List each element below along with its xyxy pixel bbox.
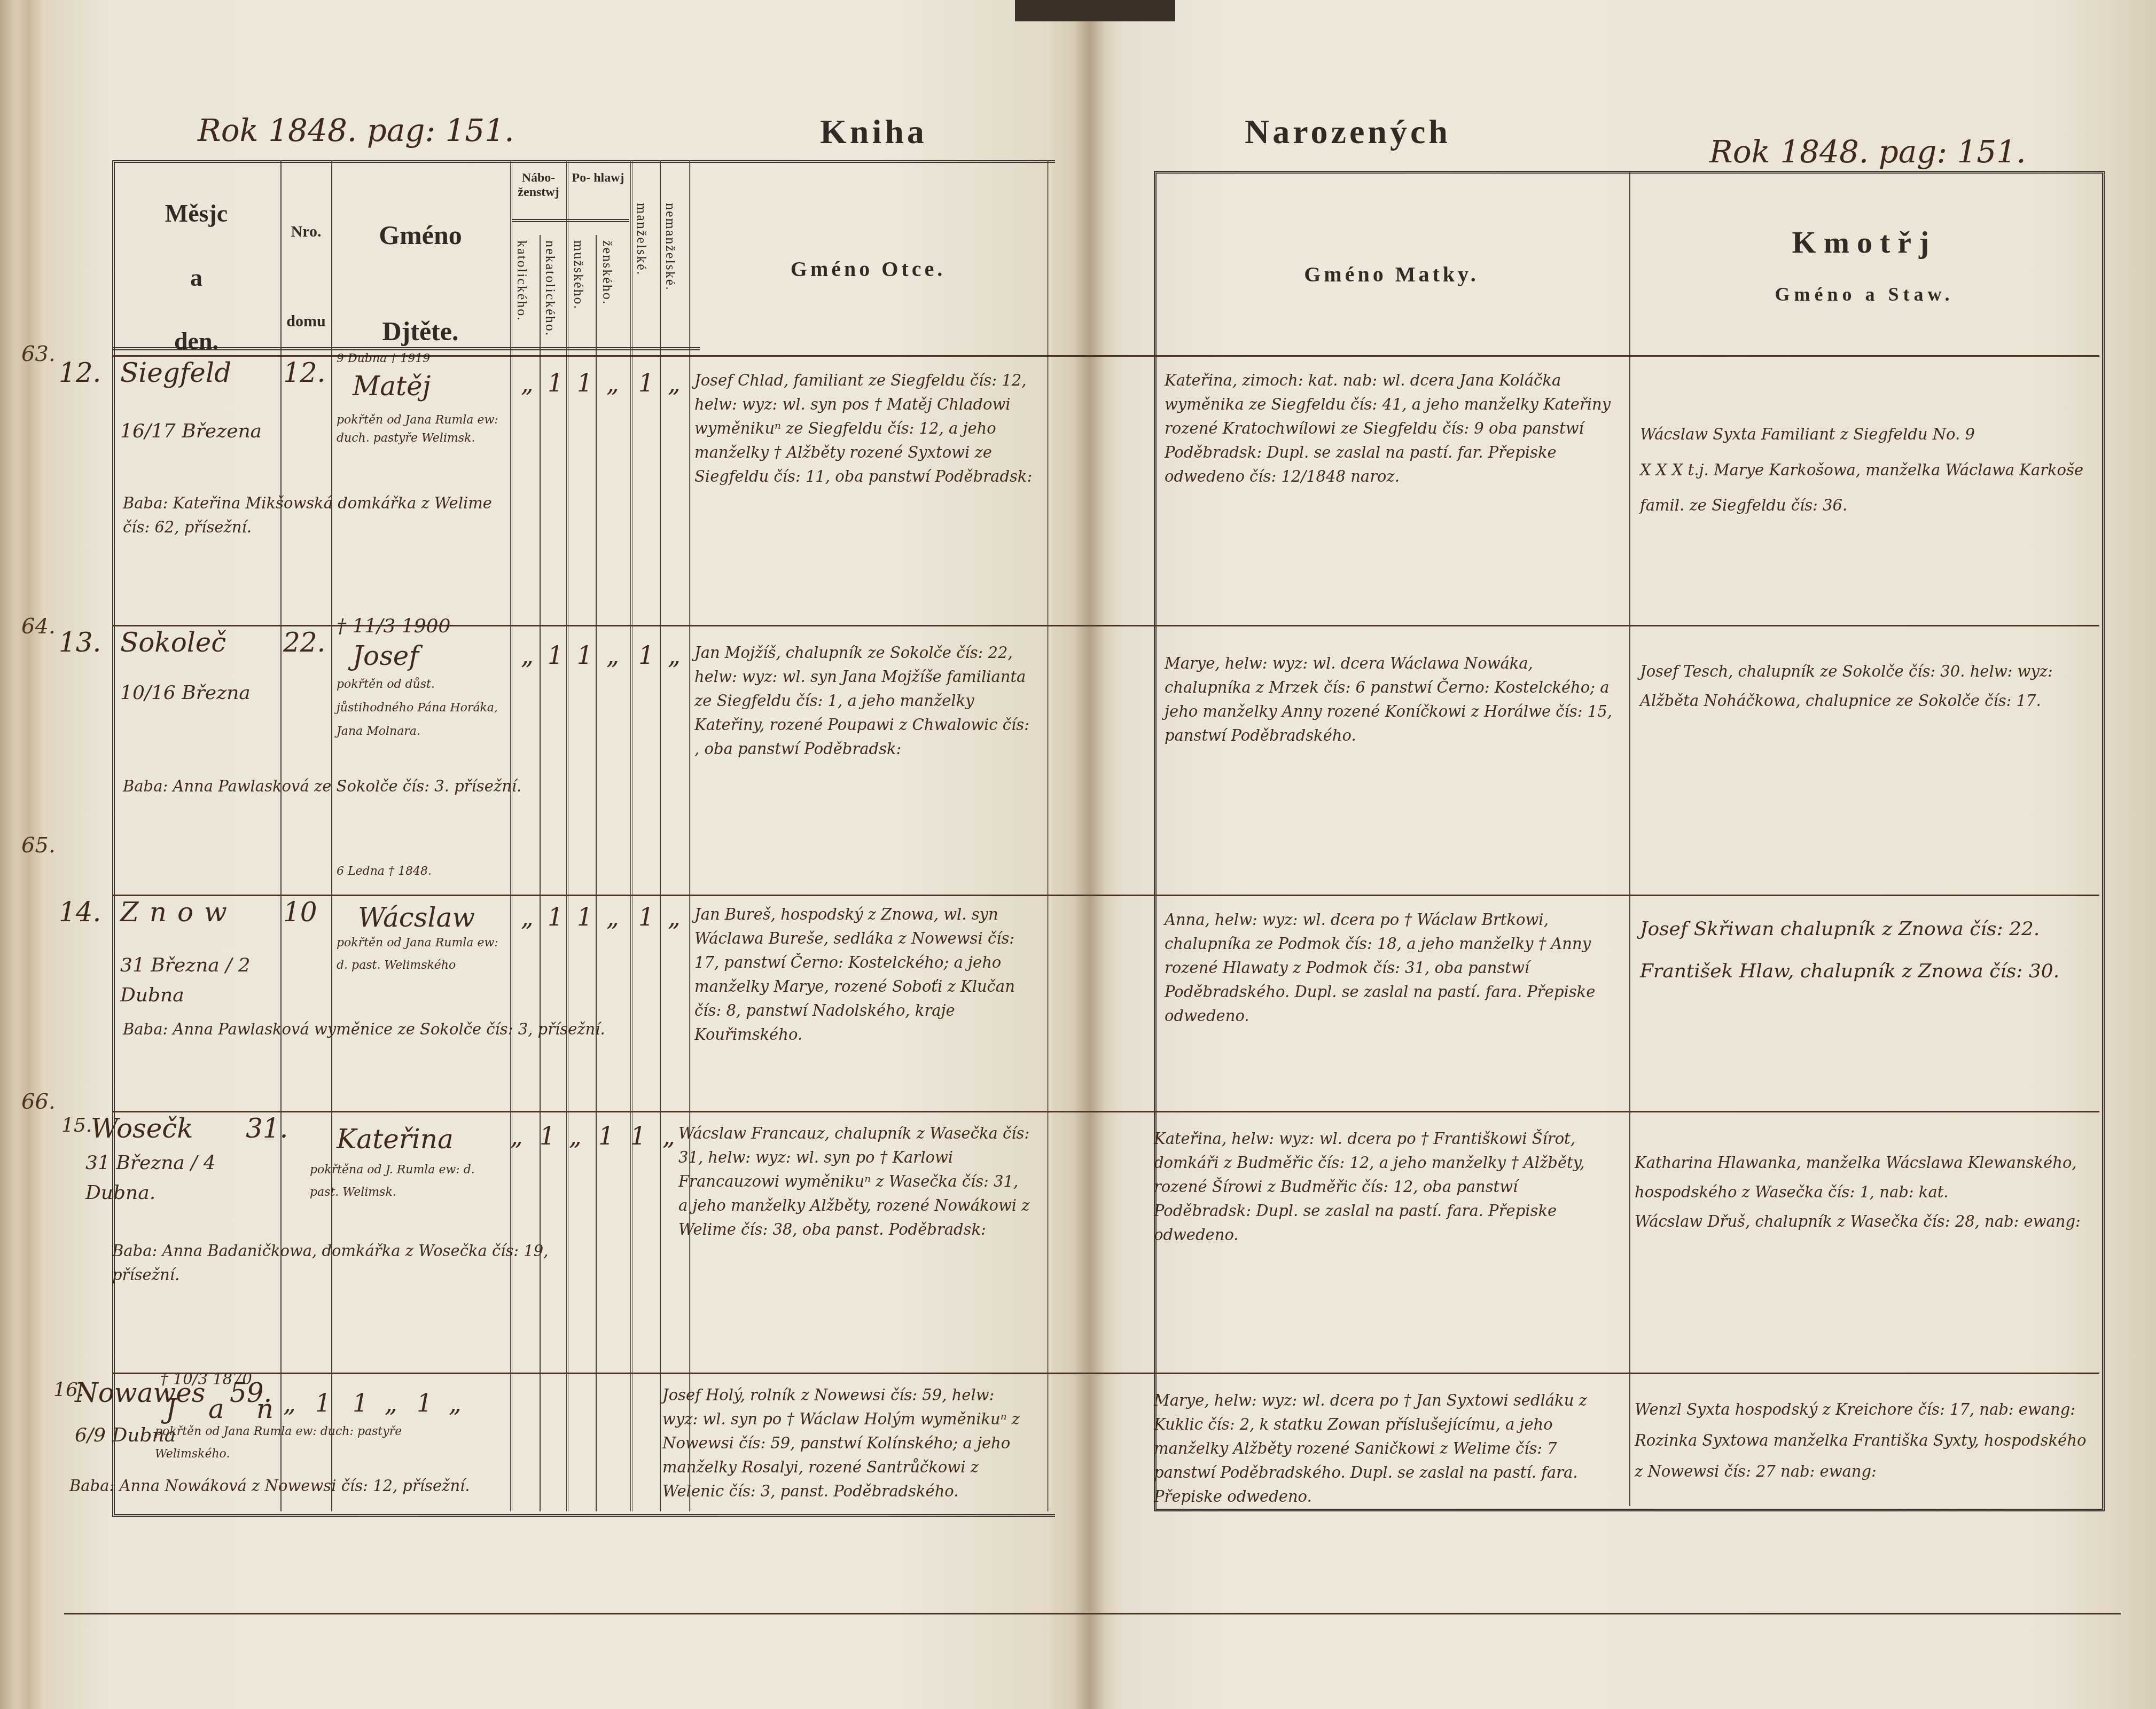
header-illegitimate: nemanželské. — [662, 203, 678, 342]
mark-catholic: „ — [521, 641, 534, 670]
col-sep-mother — [1629, 171, 1630, 1506]
entry-midwife: Baba: Kateřina Mikšowská domkářka z Weli… — [123, 491, 518, 539]
mark-legitimate: 1 — [638, 641, 654, 670]
entry-mother: Marye, helw: wyz: wl. dcera po † Jan Syx… — [1154, 1389, 1613, 1509]
mark-illegitimate: „ — [668, 641, 681, 670]
row-rule-15 — [112, 1111, 2099, 1112]
mark-female: „ — [385, 1389, 397, 1417]
entry-number: 12. — [59, 352, 101, 394]
entry-baptism-note: pokřtěna od J. Rumla ew: d. past. Welims… — [310, 1159, 491, 1204]
entry-father: Josef Chlad, familiant ze Siegfeldu čís:… — [694, 369, 1036, 489]
entry-midwife: Baba: Anna Badaničkowa, domkářka z Woseč… — [112, 1239, 593, 1287]
margin-number: 64. — [21, 614, 56, 639]
header-father-name: Gméno Otce. — [694, 256, 1042, 281]
bottom-rule — [64, 1613, 2121, 1614]
entry-baptism-note: pokřtěn od Jana Rumla ew: duch. pastyře … — [337, 411, 507, 448]
mark-illegitimate: „ — [662, 1122, 675, 1150]
header-house-no: Nro. domu — [282, 187, 331, 366]
entry-baptism-note: pokřtěn od Jana Rumla ew: d. past. Welim… — [337, 932, 507, 977]
mark-female: 1 — [598, 1122, 614, 1150]
header-male: mužského. — [571, 240, 587, 347]
entry-house-no: 12. — [283, 352, 326, 394]
entry-baptism-note: pokřtěn od Jana Rumla ew: duch: pastyře … — [155, 1421, 422, 1465]
page-reference-left: Rok 1848. pag: 151. — [198, 112, 514, 148]
entry-number: 15. — [61, 1111, 92, 1141]
mark-legitimate: 1 — [630, 1122, 646, 1150]
row-rule-16 — [112, 1373, 2099, 1374]
entry-father: Wácslaw Francauz, chalupník z Wasečka čí… — [678, 1122, 1031, 1242]
mark-noncatholic: 1 — [548, 641, 563, 670]
entry-child-name: Josef — [353, 636, 419, 677]
header-month: Měsjc — [115, 182, 278, 246]
entry-place: Znow — [120, 892, 238, 934]
entry-mother: Marye, helw: wyz: wl. dcera Wáclawa Nowá… — [1165, 652, 1619, 748]
header-religion: Nábo- ženstwj — [512, 171, 565, 200]
mark-illegitimate: „ — [668, 903, 681, 931]
entry-godparents: Wenzl Syxta hospodský z Kreichore čís: 1… — [1635, 1394, 2094, 1487]
entry-baptism-note: pokřtěn od důst. jůstihodného Pána Horák… — [337, 673, 507, 743]
col-sep-cat — [540, 235, 541, 1511]
entry-date: 31 Března / 2 Dubna — [120, 951, 270, 1010]
book-gutter — [1074, 0, 1106, 1709]
entry-house-no: 31. — [246, 1108, 288, 1150]
entry-midwife: Baba: Anna Pawlasková wyměnice ze Sokolč… — [123, 1017, 625, 1041]
mark-legitimate: 1 — [417, 1389, 432, 1417]
header-godparents: Kmotřj — [1635, 224, 2094, 260]
mark-legitimate: 1 — [638, 903, 654, 931]
mark-male: 1 — [577, 903, 592, 931]
entry-midwife: Baba: Anna Pawlasková ze Sokolče čís: 3.… — [123, 774, 604, 798]
mark-female: „ — [606, 369, 619, 397]
mark-legitimate: 1 — [638, 369, 654, 397]
title-left: Kniha — [820, 112, 927, 152]
entry-child-name: Kateřina — [337, 1119, 454, 1161]
mark-noncatholic: 1 — [540, 1122, 555, 1150]
entry-father: Jan Mojžíš, chalupník ze Sokolče čís: 22… — [694, 641, 1036, 761]
header-gmeno: Gméno — [332, 187, 509, 283]
mark-illegitimate: „ — [449, 1389, 462, 1417]
col-sep-legit — [660, 160, 661, 1511]
header-nro: Nro. — [282, 187, 331, 277]
entry-house-no: 22. — [283, 622, 326, 664]
entry-mother: Kateřina, zimoch: kat. nab: wl. dcera Ja… — [1165, 369, 1619, 489]
col-sep-child — [510, 160, 512, 1511]
header-sex: Po- hlawj — [567, 171, 629, 185]
entry-date: 16/17 Březena — [120, 417, 262, 446]
religion-sex-rule — [512, 219, 629, 222]
margin-number: 66. — [21, 1089, 56, 1114]
header-and: a — [115, 246, 278, 310]
mark-female: „ — [606, 641, 619, 670]
mark-catholic: „ — [521, 903, 534, 931]
mark-catholic: „ — [521, 369, 534, 397]
mark-male: 1 — [577, 641, 592, 670]
mark-male: „ — [569, 1122, 582, 1150]
header-godparents-sub: Gméno a Staw. — [1635, 283, 2094, 305]
binding-shadow — [1015, 0, 1175, 21]
header-female: ženského. — [599, 240, 615, 347]
mark-noncatholic: 1 — [315, 1389, 331, 1417]
mark-male: 1 — [353, 1389, 368, 1417]
margin-number: 63. — [21, 342, 56, 366]
entry-mother: Anna, helw: wyz: wl. dcera po † Wáclaw B… — [1165, 908, 1619, 1028]
header-legitimate: manželské. — [634, 203, 650, 342]
entry-death-note: 9 Dubna † 1919 — [337, 350, 430, 368]
col-sep-male — [596, 235, 597, 1511]
entry-number: 14. — [59, 892, 101, 934]
entry-date: 10/16 Března — [120, 678, 251, 708]
entry-midwife: Baba: Anna Nowáková z Nowewsi čís: 12, p… — [69, 1474, 550, 1498]
entry-place: Sokoleč — [120, 622, 226, 664]
entry-father: Jan Bureš, hospodský z Znowa, wl. syn Wá… — [694, 903, 1036, 1047]
header-catholic: katolického. — [514, 240, 530, 347]
entry-godparents: Josef Tesch, chalupník ze Sokolče čís: 3… — [1640, 657, 2094, 716]
row-rule-14 — [112, 895, 2099, 896]
margin-number: 65. — [21, 833, 56, 858]
left-table-right-border — [1047, 160, 1049, 1511]
mark-illegitimate: „ — [668, 369, 681, 397]
title-right: Narozených — [1245, 112, 1451, 152]
header-noncatholic: nekatolického. — [542, 240, 558, 347]
mark-catholic: „ — [283, 1389, 296, 1417]
page-reference-right: Rok 1848. pag: 151. — [1709, 134, 2026, 170]
mark-male: 1 — [577, 369, 592, 397]
mark-noncatholic: 1 — [548, 903, 563, 931]
entry-father: Josef Holý, rolník z Nowewsi čís: 59, he… — [662, 1383, 1026, 1503]
entry-death-note: † 10/3 1870 — [160, 1367, 252, 1391]
entry-number: 13. — [59, 622, 101, 664]
entry-death-note: 6 Ledna † 1848. — [337, 863, 432, 881]
col-sep-illegit — [689, 160, 691, 1511]
col-sep-noncat — [566, 160, 568, 1511]
mark-noncatholic: 1 — [548, 369, 563, 397]
entry-godparents: Katharina Hlawanka, manželka Wácslawa Kl… — [1635, 1148, 2094, 1236]
entry-date: 31 Března / 4 Dubna. — [85, 1148, 246, 1208]
mark-catholic: „ — [510, 1122, 523, 1150]
mark-female: „ — [606, 903, 619, 931]
entry-house-no: 10 — [283, 892, 317, 934]
entry-godparents: Wácslaw Syxta Familiant z Siegfeldu No. … — [1640, 417, 2094, 523]
entry-godparents: Josef Skřiwan chalupník z Znowa čís: 22.… — [1640, 908, 2094, 992]
entry-place: Siegfeld — [120, 352, 231, 394]
entry-child-name: Matěj — [353, 366, 431, 407]
col-sep-female — [630, 160, 632, 1511]
entry-mother: Kateřina, helw: wyz: wl. dcera po † Fran… — [1154, 1127, 1613, 1247]
entry-place: Wosečk — [91, 1108, 193, 1150]
header-mother-name: Gméno Matky. — [1159, 262, 1624, 287]
header-month-day: Měsjc a den. — [115, 182, 278, 373]
